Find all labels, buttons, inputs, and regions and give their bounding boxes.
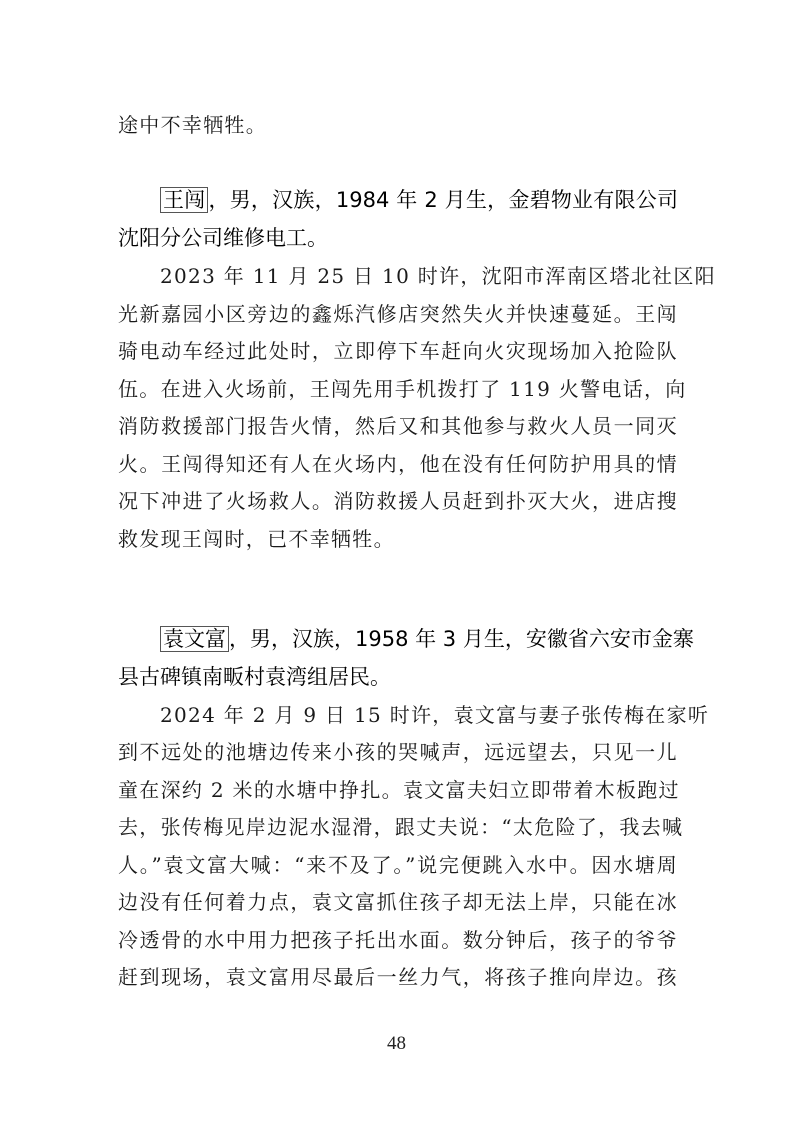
person-name-box: 王闯 [160, 187, 208, 213]
heading-text: ，男，汉族，1958 年 3 月生，安徽省六安市金寨 [229, 627, 694, 651]
body-line: 赶到现场，袁文富用尽最后一丝力气，将孩子推向岸边。孩 [118, 962, 678, 992]
document-page: 途中不幸牺牲。 王闯，男，汉族，1984 年 2 月生，金碧物业有限公司 沈阳分… [0, 0, 793, 1122]
body-line: 况下冲进了火场救人。消防救援人员赶到扑灭大火，进店搜 [118, 486, 678, 516]
body-line: 2024 年 2 月 9 日 15 时许，袁文富与妻子张传梅在家听 [118, 700, 678, 730]
page-number: 48 [0, 1033, 793, 1055]
body-line: 消防救援部门报告火情，然后又和其他参与救火人员一同灭 [118, 411, 678, 441]
body-line: 骑电动车经过此处时，立即停下车赶向火灾现场加入抢险队 [118, 336, 678, 366]
body-line: 2023 年 11 月 25 日 10 时许，沈阳市浑南区塔北社区阳 [118, 261, 678, 291]
person-name-box: 袁文富 [160, 626, 229, 652]
body-line: 边没有任何着力点，袁文富抓住孩子却无法上岸，只能在冰 [118, 887, 678, 917]
body-line: 去，张传梅见岸边泥水湿滑，跟丈夫说：“太危险了，我去喊 [118, 812, 678, 842]
heading-text: ，男，汉族，1984 年 2 月生，金碧物业有限公司 [208, 188, 678, 212]
body-line: 人。”袁文富大喊：“来不及了。”说完便跳入水中。因水塘周 [118, 850, 678, 880]
continuation-line: 途中不幸牺牲。 [118, 110, 678, 140]
body-line: 光新嘉园小区旁边的鑫烁汽修店突然失火并快速蔓延。王闯 [118, 299, 678, 329]
body-line: 冷透骨的水中用力把孩子托出水面。数分钟后，孩子的爷爷 [118, 925, 678, 955]
entry-heading-line2: 县古碑镇南畈村袁湾组居民。 [118, 662, 678, 692]
entry-heading-line1: 袁文富，男，汉族，1958 年 3 月生，安徽省六安市金寨 [118, 624, 678, 654]
entry-heading-line1: 王闯，男，汉族，1984 年 2 月生，金碧物业有限公司 [118, 185, 678, 215]
entry-heading-line2: 沈阳分公司维修电工。 [118, 223, 678, 253]
body-line: 到不远处的池塘边传来小孩的哭喊声，远远望去，只见一儿 [118, 737, 678, 767]
body-line: 伍。在进入火场前，王闯先用手机拨打了 119 火警电话，向 [118, 374, 678, 404]
body-line: 童在深约 2 米的水塘中挣扎。袁文富夫妇立即带着木板跑过 [118, 775, 678, 805]
body-line: 救发现王闯时，已不幸牺牲。 [118, 524, 678, 554]
body-line: 火。王闯得知还有人在火场内，他在没有任何防护用具的情 [118, 449, 678, 479]
